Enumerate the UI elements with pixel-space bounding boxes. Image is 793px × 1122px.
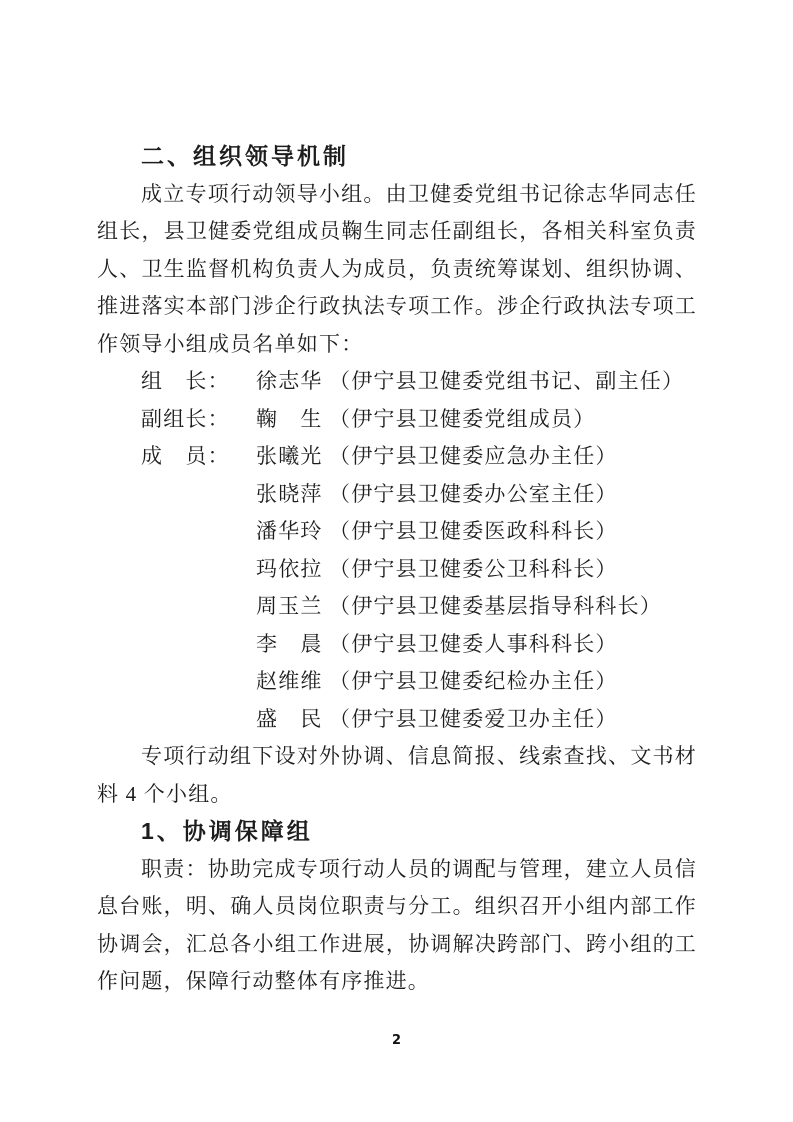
roster-name: 周玉兰	[256, 588, 329, 626]
duties-line: 职责：协助完成专项行动人员的调配与管理，建立人员信	[97, 851, 697, 889]
roster-title: （伊宁县卫健委医政科科长）	[329, 519, 618, 543]
duties-line: 协调会，汇总各小组工作进展，协调解决跨部门、跨小组的工	[97, 926, 697, 964]
intro-paragraph: 成立专项行动领导小组。由卫健委党组书记徐志华同志任 组长，县卫健委党组成员鞠生同…	[97, 176, 697, 364]
roster-title: （伊宁县卫健委应急办主任）	[329, 444, 618, 468]
roster-title: （伊宁县卫健委办公室主任）	[329, 482, 618, 506]
roster-title: （伊宁县卫健委人事科科长）	[329, 632, 618, 656]
roster-name: 张晓萍	[256, 476, 329, 514]
roster-row-member: 潘华玲（伊宁县卫健委医政科科长）	[141, 513, 697, 551]
duties-line: 息台账，明、确人员岗位职责与分工。组织召开小组内部工作	[97, 888, 697, 926]
intro-line: 推进落实本部门涉企行政执法专项工作。涉企行政执法专项工	[97, 288, 697, 326]
leadership-roster: 组 长：徐志华（伊宁县卫健委党组书记、副主任） 副组长：鞠 生（伊宁县卫健委党组…	[97, 363, 697, 738]
subgroups-line: 专项行动组下设对外协调、信息简报、线索查找、文书材	[97, 738, 697, 776]
document-page: 二、组织领导机制 成立专项行动领导小组。由卫健委党组书记徐志华同志任 组长，县卫…	[0, 0, 793, 1122]
document-body: 二、组织领导机制 成立专项行动领导小组。由卫健委党组书记徐志华同志任 组长，县卫…	[97, 138, 697, 1001]
roster-title: （伊宁县卫健委公卫科科长）	[329, 557, 618, 581]
roster-title: （伊宁县卫健委党组书记、副主任）	[329, 369, 684, 393]
intro-line: 作领导小组成员名单如下：	[97, 326, 697, 364]
roster-row-leader: 组 长：徐志华（伊宁县卫健委党组书记、副主任）	[141, 363, 697, 401]
roster-name: 玛依拉	[256, 551, 329, 589]
roster-row-member: 玛依拉（伊宁县卫健委公卫科科长）	[141, 551, 697, 589]
duties-paragraph: 职责：协助完成专项行动人员的调配与管理，建立人员信 息台账，明、确人员岗位职责与…	[97, 851, 697, 1001]
roster-row-member: 盛 民（伊宁县卫健委爱卫办主任）	[141, 701, 697, 739]
subgroups-line: 料 4 个小组。	[97, 776, 697, 814]
roster-role: 副组长：	[141, 401, 256, 439]
roster-name: 鞠 生	[256, 401, 329, 439]
roster-name: 盛 民	[256, 701, 329, 739]
roster-row-member: 赵维维（伊宁县卫健委纪检办主任）	[141, 663, 697, 701]
roster-title: （伊宁县卫健委爱卫办主任）	[329, 707, 618, 731]
intro-line: 成立专项行动领导小组。由卫健委党组书记徐志华同志任	[97, 176, 697, 214]
roster-role: 组 长：	[141, 363, 256, 401]
roster-row-member: 成 员：张曦光（伊宁县卫健委应急办主任）	[141, 438, 697, 476]
roster-row-member: 张晓萍（伊宁县卫健委办公室主任）	[141, 476, 697, 514]
duties-line: 作问题，保障行动整体有序推进。	[97, 963, 697, 1001]
roster-row-member: 李 晨（伊宁县卫健委人事科科长）	[141, 626, 697, 664]
roster-title: （伊宁县卫健委党组成员）	[329, 407, 595, 431]
subgroups-paragraph: 专项行动组下设对外协调、信息简报、线索查找、文书材 料 4 个小组。	[97, 738, 697, 813]
roster-name: 徐志华	[256, 363, 329, 401]
section-heading-main: 二、组织领导机制	[97, 138, 697, 176]
roster-row-deputy: 副组长：鞠 生（伊宁县卫健委党组成员）	[141, 401, 697, 439]
roster-name: 张曦光	[256, 438, 329, 476]
roster-name: 李 晨	[256, 626, 329, 664]
intro-line: 人、卫生监督机构负责人为成员，负责统筹谋划、组织协调、	[97, 251, 697, 289]
roster-title: （伊宁县卫健委纪检办主任）	[329, 669, 618, 693]
roster-role: 成 员：	[141, 438, 256, 476]
roster-name: 赵维维	[256, 663, 329, 701]
roster-title: （伊宁县卫健委基层指导科科长）	[329, 594, 662, 618]
section-heading-sub: 1、协调保障组	[97, 813, 697, 851]
roster-name: 潘华玲	[256, 513, 329, 551]
intro-line: 组长，县卫健委党组成员鞠生同志任副组长，各相关科室负责	[97, 213, 697, 251]
roster-row-member: 周玉兰（伊宁县卫健委基层指导科科长）	[141, 588, 697, 626]
page-number: 2	[0, 1033, 793, 1048]
